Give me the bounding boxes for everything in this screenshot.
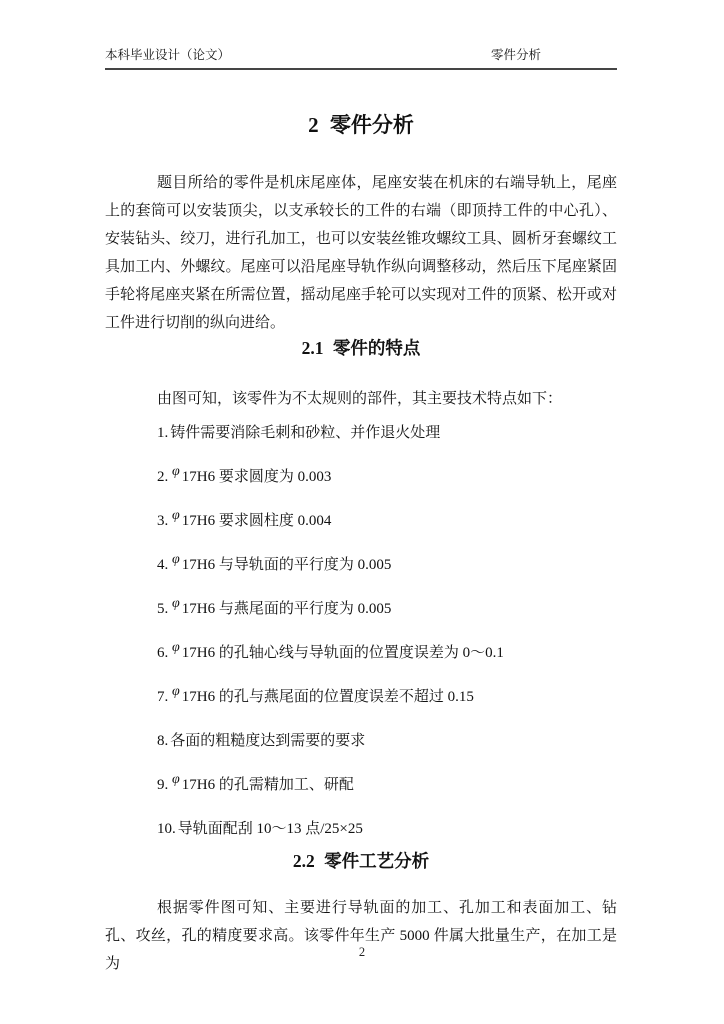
section-2-2-heading: 2.2 零件工艺分析 — [105, 850, 617, 873]
item-text: 17H6 的孔轴心线与导轨面的位置度误差为 0～0.1 — [182, 645, 504, 661]
list-item-6: 6. φ17H6 的孔轴心线与导轨面的位置度误差为 0～0.1 — [157, 639, 617, 668]
list-item-9: 9. φ17H6 的孔需精加工、研配 — [157, 771, 617, 800]
item-text: 17H6 与燕尾面的平行度为 0.005 — [182, 601, 392, 617]
item-number: 10. — [157, 821, 176, 837]
list-item-7: 7. φ17H6 的孔与燕尾面的位置度误差不超过 0.15 — [157, 683, 617, 712]
section-2-1-heading: 2.1 零件的特点 — [105, 337, 617, 360]
phi-symbol: φ — [172, 596, 180, 611]
item-text: 17H6 要求圆柱度 0.004 — [182, 513, 332, 529]
page-number: 2 — [0, 945, 724, 960]
phi-symbol: φ — [172, 772, 180, 787]
phi-symbol: φ — [172, 684, 180, 699]
phi-symbol: φ — [172, 464, 180, 479]
item-number: 2. — [157, 469, 172, 485]
list-item-10: 10.导轨面配刮 10～13 点/25×25 — [157, 815, 617, 844]
phi-symbol: φ — [172, 552, 180, 567]
item-number: 1. — [157, 425, 168, 441]
item-number: 5. — [157, 601, 172, 617]
item-number: 7. — [157, 689, 172, 705]
list-item-8: 8.各面的粗糙度达到需要的要求 — [157, 727, 617, 756]
item-text: 17H6 的孔需精加工、研配 — [182, 777, 354, 793]
section-2-2-paragraph: 根据零件图可知、主要进行导轨面的加工、孔加工和表面加工、钻孔、攻丝，孔的精度要求… — [105, 894, 617, 978]
item-text: 17H6 与导轨面的平行度为 0.005 — [182, 557, 392, 573]
page-header: 本科毕业设计（论文） 零件分析 — [105, 0, 617, 70]
phi-symbol: φ — [172, 508, 180, 523]
header-left-text: 本科毕业设计（论文） — [105, 47, 230, 63]
item-number: 3. — [157, 513, 172, 529]
phi-symbol: φ — [172, 640, 180, 655]
list-item-2: 2. φ17H6 要求圆度为 0.003 — [157, 463, 617, 492]
document-page: 本科毕业设计（论文） 零件分析 2 零件分析 题目所给的零件是机床尾座体，尾座安… — [0, 0, 724, 1024]
item-number: 8. — [157, 733, 168, 749]
section-2-1-lead: 由图可知，该零件为不太规则的部件，其主要技术特点如下： — [105, 385, 617, 413]
chapter-title: 2 零件分析 — [105, 111, 617, 139]
item-text: 各面的粗糙度达到需要的要求 — [170, 733, 365, 749]
list-item-3: 3. φ17H6 要求圆柱度 0.004 — [157, 507, 617, 536]
header-right-text: 零件分析 — [491, 47, 541, 63]
list-item-1: 1.铸件需要消除毛刺和砂粒、并作退火处理 — [157, 419, 617, 448]
list-item-4: 4. φ17H6 与导轨面的平行度为 0.005 — [157, 551, 617, 580]
item-text: 铸件需要消除毛刺和砂粒、并作退火处理 — [170, 425, 440, 441]
feature-list: 1.铸件需要消除毛刺和砂粒、并作退火处理 2. φ17H6 要求圆度为 0.00… — [105, 419, 617, 844]
item-number: 6. — [157, 645, 172, 661]
item-text: 导轨面配刮 10～13 点/25×25 — [178, 821, 363, 837]
item-text: 17H6 要求圆度为 0.003 — [182, 469, 332, 485]
item-number: 9. — [157, 777, 172, 793]
intro-paragraph: 题目所给的零件是机床尾座体，尾座安装在机床的右端导轨上，尾座上的套筒可以安装顶尖… — [105, 169, 617, 337]
list-item-5: 5. φ17H6 与燕尾面的平行度为 0.005 — [157, 595, 617, 624]
item-text: 17H6 的孔与燕尾面的位置度误差不超过 0.15 — [182, 689, 474, 705]
item-number: 4. — [157, 557, 172, 573]
